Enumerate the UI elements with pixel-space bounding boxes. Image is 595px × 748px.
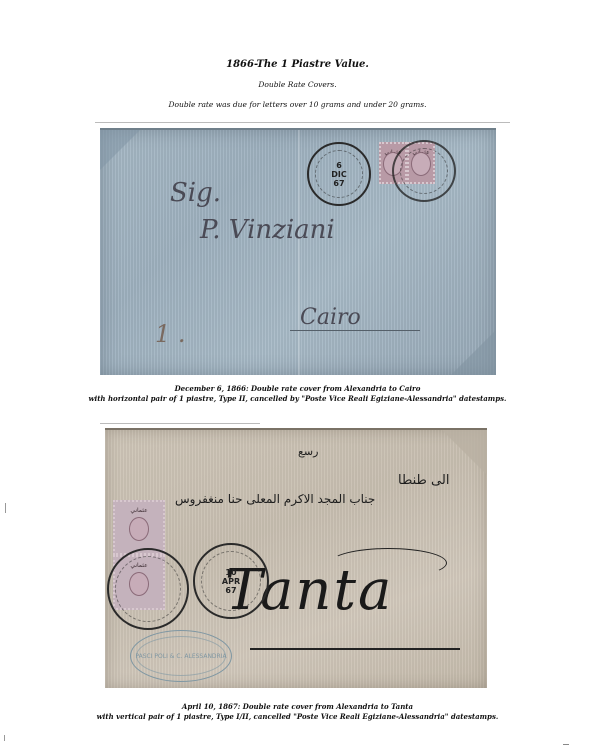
folded-corner [442,430,487,475]
scan-artifact [5,503,6,513]
address-line: Sig. [170,178,221,208]
caption-line: April 10, 1867: Double rate cover from A… [0,702,595,712]
postmark-year: 67 [333,179,344,188]
postmark-month: APR [222,577,240,586]
stamp-1-piastre: عثماني [113,500,165,555]
caption-cover-2: April 10, 1867: Double rate cover from A… [0,702,595,722]
postmark-tying-stamps [107,548,189,630]
caption-line: December 6, 1866: Double rate cover from… [0,384,595,394]
folded-corner [451,330,496,375]
page-subtitle: Double Rate Covers. [0,80,595,89]
caption-line: with horizontal pair of 1 piastre, Type … [0,394,595,404]
address-line: Cairo [300,305,361,330]
fold-line [298,130,300,375]
folded-corner [100,130,140,170]
address-underline [290,330,420,331]
postmark-tying-stamps [392,140,456,202]
postmark-month: DIC [331,170,347,179]
postmark-day: 6 [336,161,342,170]
postmark-alessandria: 6 DIC 67 [307,142,371,206]
arabic-inscription: رسع [298,445,318,458]
postmark-alessandria: 10 APR 67 [193,543,269,619]
manuscript-rate-mark: 1 . [155,320,186,348]
postmark-day: 10 [225,568,236,577]
postmark-year: 67 [225,586,236,595]
stamp-text: عثماني [115,507,163,514]
page-title: 1866-The 1 Piastre Value. [0,59,595,70]
rate-note: Double rate was due for letters over 10 … [0,100,595,109]
stamp-oval [129,517,149,541]
divider [95,122,510,123]
caption-line: with vertical pair of 1 piastre, Type I/… [0,712,595,722]
address-line: P. Vinziani [200,215,335,245]
oval-merchant-handstamp: PASCI POLI & C. ALESSANDRIA [130,630,232,682]
scan-artifact [4,735,5,741]
divider [100,423,260,424]
arabic-inscription: الى طنطا [398,473,449,488]
arabic-inscription: جناب المجد الاكرم المعلى حنا منغفروس [175,492,375,506]
address-underline [250,648,460,650]
caption-cover-1: December 6, 1866: Double rate cover from… [0,384,595,404]
scan-artifact [563,744,569,745]
